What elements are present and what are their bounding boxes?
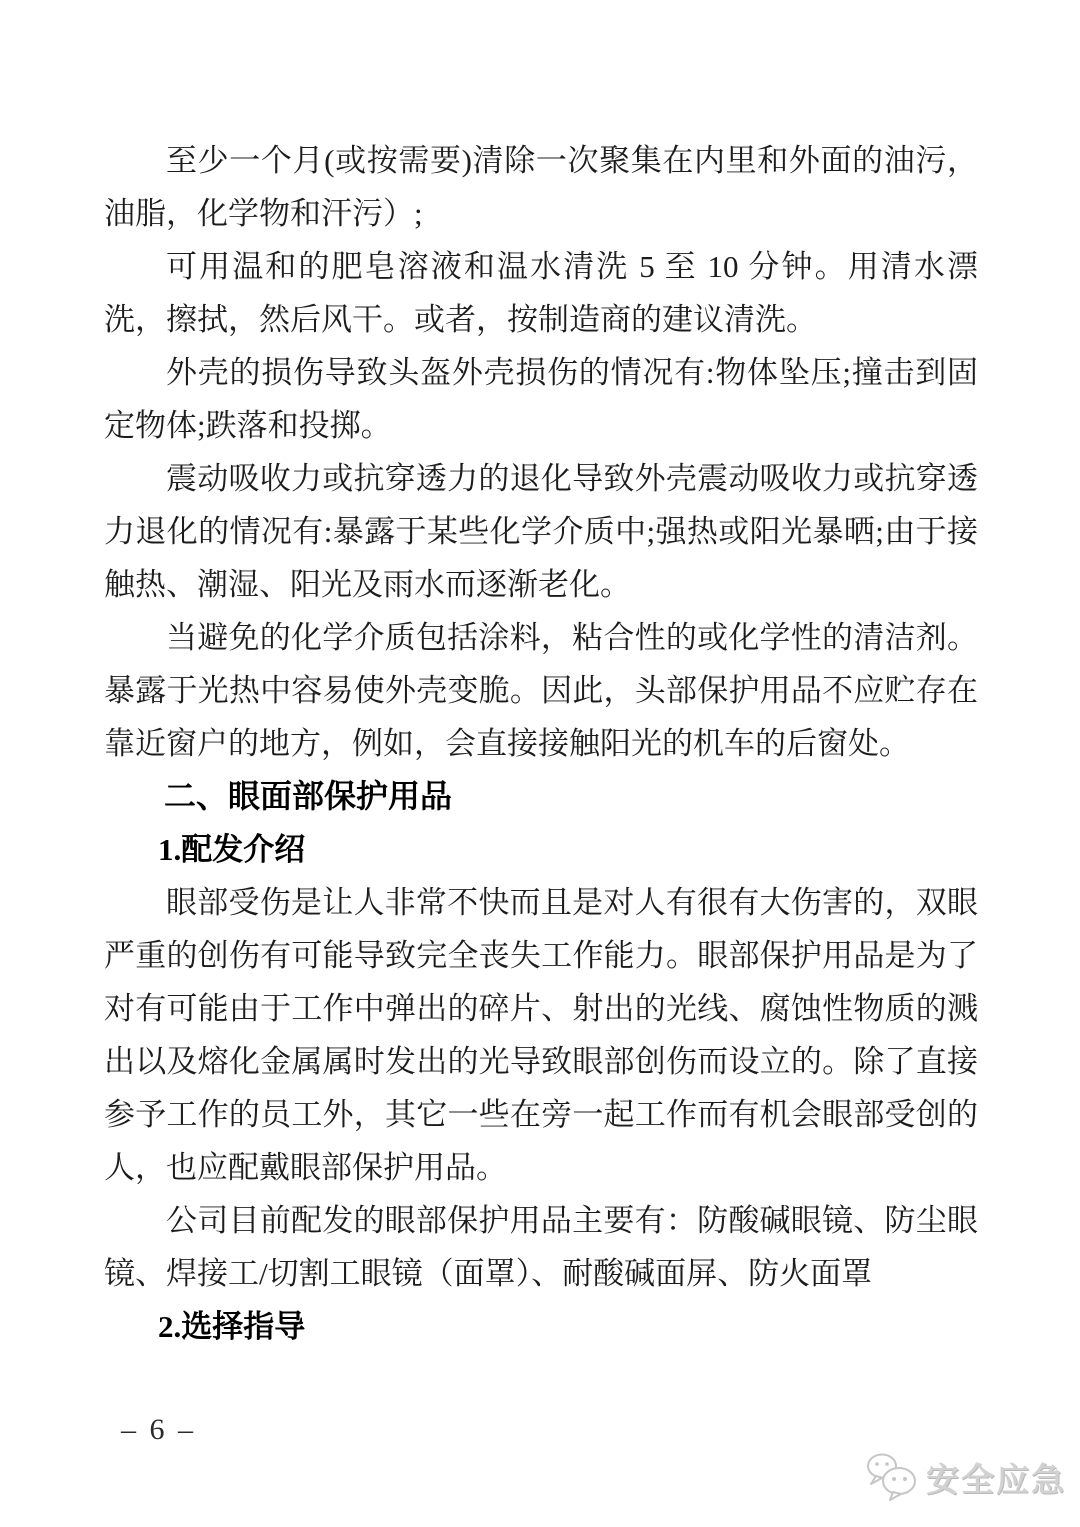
paragraph-eye-injury-intro: 眼部受伤是让人非常不快而且是对人有很有大伤害的，双眼严重的创伤有可能导致完全丧失… xyxy=(104,876,978,1194)
subsection-heading-selection-guide: 2.选择指导 xyxy=(104,1300,978,1353)
watermark: 安全应急 xyxy=(865,1452,1066,1502)
paragraph-shell-damage: 外壳的损伤导致头盔外壳损伤的情况有:物体坠压;撞击到固定物体;跌落和投掷。 xyxy=(104,346,978,452)
paragraph-shock-absorption-degradation: 震动吸收力或抗穿透力的退化导致外壳震动吸收力或抗穿透力退化的情况有:暴露于某些化… xyxy=(104,452,978,611)
document-body: 至少一个月(或按需要)清除一次聚集在内里和外面的油污，油脂，化学物和汗污）; 可… xyxy=(104,134,978,1353)
subsection-heading-issue-introduction: 1.配发介绍 xyxy=(104,823,978,876)
page-number: – 6 – xyxy=(121,1412,196,1448)
paragraph-cleaning-frequency: 至少一个月(或按需要)清除一次聚集在内里和外面的油污，油脂，化学物和汗污）; xyxy=(104,134,978,240)
paragraph-washing-instructions: 可用温和的肥皂溶液和温水清洗 5 至 10 分钟。用清水漂洗，擦拭，然后风干。或… xyxy=(104,240,978,346)
paragraph-chemical-media-storage: 当避免的化学介质包括涂料，粘合性的或化学性的清洁剂。暴露于光热中容易使外壳变脆。… xyxy=(104,611,978,770)
paragraph-company-issued-equipment: 公司目前配发的眼部保护用品主要有：防酸碱眼镜、防尘眼镜、焊接工/切割工眼镜（面罩… xyxy=(104,1194,978,1300)
section-heading-eye-face-protection: 二、眼面部保护用品 xyxy=(104,770,978,823)
watermark-text: 安全应急 xyxy=(926,1454,1066,1501)
wechat-icon xyxy=(865,1452,919,1502)
